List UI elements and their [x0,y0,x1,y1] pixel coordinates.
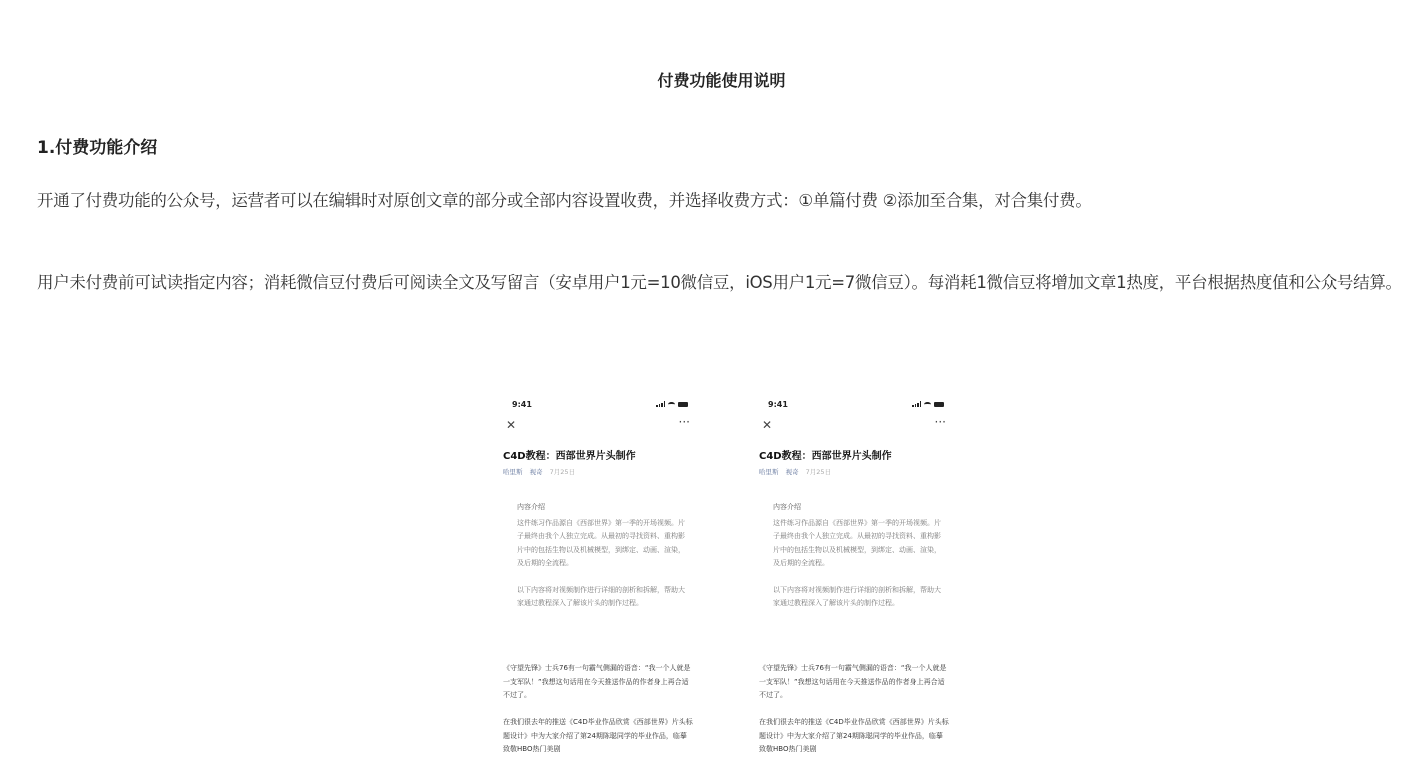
section-heading: 1.付费功能介绍 [37,136,157,160]
intro-paragraph: 以下内容将对视频制作进行详细的剖析和拆解，帮助大家通过教程深入了解该片头的制作过… [517,584,689,611]
article-account: 视奇 [786,468,799,476]
article-author: 哈里斯 [503,468,523,476]
paragraph-payment-intro: 开通了付费功能的公众号，运营者可以在编辑时对原创文章的部分或全部内容设置收费，并… [37,188,1417,214]
more-icon: ··· [679,414,690,430]
intro-heading: 内容介绍 [517,501,689,515]
document-title: 付费功能使用说明 [0,69,1425,93]
status-time: 9:41 [768,400,788,409]
close-icon: ✕ [506,417,516,433]
status-time: 9:41 [512,400,532,409]
article-paragraph: 在我们很去年的推送《C4D毕业作品欣赏《西部世界》片头标题设计》中为大家介绍了第… [503,716,693,757]
article-date: 7月25日 [806,468,831,476]
status-bar: 9:41 [512,400,688,412]
paragraph-payment-details: 用户未付费前可试读指定内容；消耗微信豆付费后可阅读全文及写留言（安卓用户1元=1… [37,270,1422,296]
article-meta: 哈里斯 视奇 7月25日 [759,467,831,476]
signal-icon [656,401,665,407]
intro-paragraph: 以下内容将对视频制作进行详细的剖析和拆解，帮助大家通过教程深入了解该片头的制作过… [773,584,945,611]
article-paragraph: 《守望先锋》士兵76有一句霸气侧漏的语音：“我一个人就是一支军队！”我想这句话用… [759,662,949,703]
intro-block: 内容介绍 这件练习作品源自《西部世界》第一季的开场视频。片子最终由我个人独立完成… [517,501,689,611]
close-icon: ✕ [762,417,772,433]
status-icons [656,401,688,407]
signal-icon [912,401,921,407]
status-bar: 9:41 [768,400,944,412]
intro-paragraph: 这件练习作品源自《西部世界》第一季的开场视频。片子最终由我个人独立完成。从最初的… [773,517,945,571]
status-icons [912,401,944,407]
intro-heading: 内容介绍 [773,501,945,515]
article-date: 7月25日 [550,468,575,476]
article-nav-row: ✕ ··· [506,417,690,433]
phone-screenshot-trial: 9:41 ✕ ··· C4D教程：西部世界片头制作 哈里斯 视奇 7月25日 内… [498,395,698,762]
wifi-icon [668,402,675,407]
article-account: 视奇 [530,468,543,476]
wifi-icon [924,402,931,407]
article-title: C4D教程：西部世界片头制作 [503,447,636,462]
intro-block: 内容介绍 这件练习作品源自《西部世界》第一季的开场视频。片子最终由我个人独立完成… [773,501,945,611]
article-paragraph: 《守望先锋》士兵76有一句霸气侧漏的语音：“我一个人就是一支军队！”我想这句话用… [503,662,693,703]
intro-paragraph: 这件练习作品源自《西部世界》第一季的开场视频。片子最终由我个人独立完成。从最初的… [517,517,689,571]
battery-icon [934,402,944,407]
phone-screenshots: 9:41 ✕ ··· C4D教程：西部世界片头制作 哈里斯 视奇 7月25日 内… [0,395,1425,762]
article-meta: 哈里斯 视奇 7月25日 [503,467,575,476]
article-nav-row: ✕ ··· [762,417,946,433]
article-title: C4D教程：西部世界片头制作 [759,447,892,462]
more-icon: ··· [935,414,946,430]
article-paragraph: 在我们很去年的推送《C4D毕业作品欣赏《西部世界》片头标题设计》中为大家介绍了第… [759,716,949,757]
battery-icon [678,402,688,407]
phone-screenshot-paid: 9:41 ✕ ··· C4D教程：西部世界片头制作 哈里斯 视奇 7月25日 内… [754,395,954,762]
article-author: 哈里斯 [759,468,779,476]
